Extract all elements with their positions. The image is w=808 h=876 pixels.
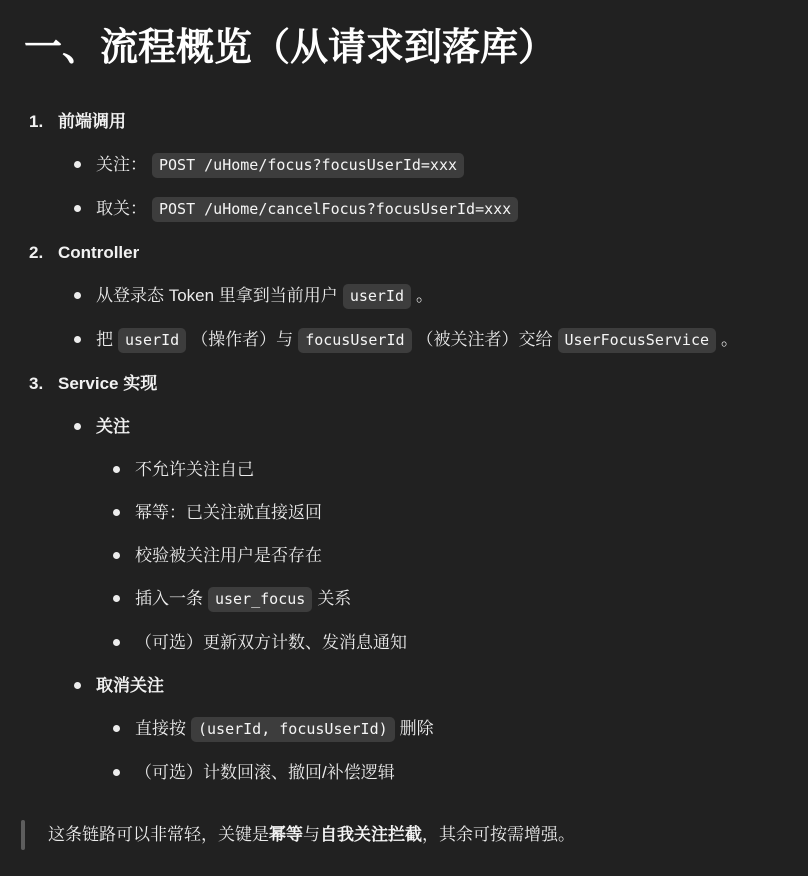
group-title: 关注	[96, 417, 130, 436]
document: 一、流程概览（从请求到落库） 1. 前端调用 关注：POST /uHome/fo…	[0, 0, 808, 852]
bullet-icon	[113, 639, 120, 646]
group-title: 取消关注	[96, 676, 164, 695]
list-item-delete-by-key: 直接按(userId, focusUserId)删除	[24, 717, 784, 742]
text-segment: 不允许关注自己	[135, 460, 254, 479]
list-item-follow-group: 关注	[24, 415, 784, 439]
inline-code: (userId, focusUserId)	[191, 717, 395, 742]
blockquote: 这条链路可以非常轻，关键是幂等与自我关注拦截，其余可按需增强。	[21, 818, 784, 852]
list-item-frontend: 1. 前端调用	[24, 110, 784, 134]
text-segment: （操作者）与	[191, 330, 293, 349]
text-segment: 关注：	[96, 155, 147, 174]
text-segment: 直接按	[135, 719, 186, 738]
bullet-icon	[74, 682, 81, 689]
bullet-icon	[113, 595, 120, 602]
bullet-icon	[74, 423, 81, 430]
list-item-unfollow-api: 取关：POST /uHome/cancelFocus?focusUserId=x…	[24, 197, 784, 222]
bullet-icon	[113, 509, 120, 516]
list-item-idempotent: 幂等：已关注就直接返回	[24, 501, 784, 525]
list-number: 3.	[29, 372, 43, 396]
list-item-check-user-exists: 校验被关注用户是否存在	[24, 544, 784, 568]
list-item-title: Controller	[58, 243, 139, 262]
list-item-token-userid: 从登录态 Token 里拿到当前用户userId。	[24, 284, 784, 309]
list-item-service: 3. Service 实现	[24, 372, 784, 396]
inline-code: UserFocusService	[558, 328, 717, 353]
list-item-title: Service 实现	[58, 374, 157, 393]
list-item-insert-relation: 插入一条user_focus关系	[24, 587, 784, 612]
text-segment: 。	[416, 286, 433, 305]
text-segment: ，其余可按需增强。	[422, 825, 575, 844]
list-number: 1.	[29, 110, 43, 134]
list-item-title: 前端调用	[58, 112, 126, 131]
bullet-icon	[74, 336, 81, 343]
list-item-optional-update: （可选）更新双方计数、发消息通知	[24, 631, 784, 655]
bullet-icon	[113, 552, 120, 559]
text-segment: 这条链路可以非常轻，关键是	[48, 825, 269, 844]
text-segment: （可选）计数回滚、撤回/补偿逻辑	[135, 763, 395, 782]
inline-code: POST /uHome/focus?focusUserId=xxx	[152, 153, 464, 178]
inline-code: userId	[118, 328, 186, 353]
text-segment: 删除	[400, 719, 434, 738]
bullet-icon	[74, 205, 81, 212]
bullet-icon	[74, 161, 81, 168]
text-segment: （可选）更新双方计数、发消息通知	[135, 633, 407, 652]
text-segment: 把	[96, 330, 113, 349]
list-number: 2.	[29, 241, 43, 265]
emphasis-text: 幂等	[269, 825, 303, 844]
text-segment: 取关：	[96, 199, 147, 218]
text-segment: 与	[303, 825, 320, 844]
text-segment: 从登录态 Token 里拿到当前用户	[96, 286, 338, 305]
text-segment: 校验被关注用户是否存在	[135, 546, 322, 565]
bullet-icon	[74, 292, 81, 299]
text-segment: 插入一条	[135, 589, 203, 608]
bullet-icon	[113, 769, 120, 776]
inline-code: focusUserId	[298, 328, 411, 353]
quote-bar	[21, 820, 25, 850]
list-item-optional-rollback: （可选）计数回滚、撤回/补偿逻辑	[24, 761, 784, 785]
list-item-no-self-follow: 不允许关注自己	[24, 458, 784, 482]
bullet-icon	[113, 466, 120, 473]
text-segment: 幂等：已关注就直接返回	[135, 503, 322, 522]
text-segment: 关系	[317, 589, 351, 608]
list-item-pass-to-service: 把userId（操作者）与focusUserId（被关注者）交给UserFocu…	[24, 328, 784, 353]
inline-code: userId	[343, 284, 411, 309]
emphasis-text: 自我关注拦截	[320, 825, 422, 844]
list-item-cancel-group: 取消关注	[24, 674, 784, 698]
text-segment: 。	[721, 330, 738, 349]
list-item-controller: 2. Controller	[24, 241, 784, 265]
bullet-icon	[113, 725, 120, 732]
inline-code: POST /uHome/cancelFocus?focusUserId=xxx	[152, 197, 518, 222]
text-segment: （被关注者）交给	[417, 330, 553, 349]
inline-code: user_focus	[208, 587, 312, 612]
list-item-follow-api: 关注：POST /uHome/focus?focusUserId=xxx	[24, 153, 784, 178]
page-title: 一、流程概览（从请求到落库）	[24, 24, 784, 72]
